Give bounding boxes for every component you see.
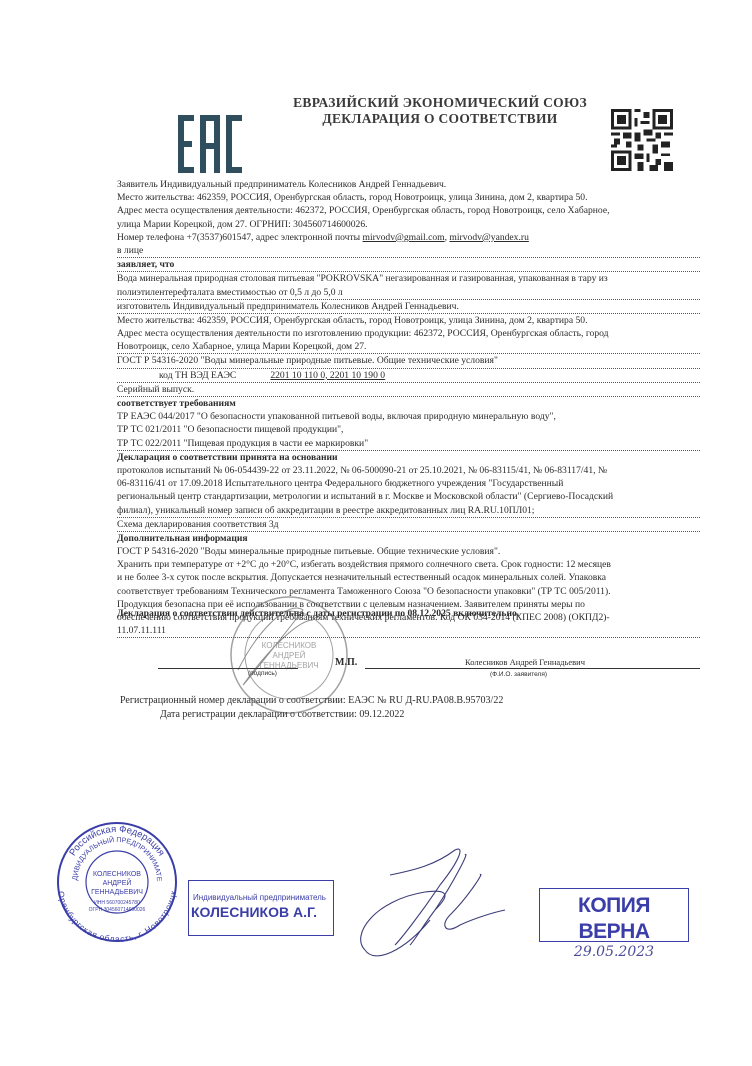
ip-rect-stamp: Индивидуальный предприниматель КОЛЕСНИКО… xyxy=(188,880,334,936)
stamp-rect-line1: Индивидуальный предприниматель xyxy=(193,893,333,902)
faded-seal-icon: КОЛЕСНИКОВ АНДРЕЙ ГЕННАДЬЕВИЧ xyxy=(228,590,350,720)
svg-text:Оренбургская область, г. Новот: Оренбургская область, г. Новотроицк xyxy=(56,890,179,944)
header-union-title: ЕВРАЗИЙСКИЙ ЭКОНОМИЧЕСКИЙ СОЮЗ xyxy=(230,95,650,111)
faded-seal-line3: ГЕННАДЬЕВИЧ xyxy=(259,661,318,670)
seal-ring-bottom: Оренбургская область, г. Новотроицк xyxy=(56,890,179,944)
seal-inn: ИНН 560700245780 xyxy=(94,900,140,906)
applicant-activity-address: Адрес места осуществления деятельности: … xyxy=(117,204,700,217)
requirement-item: ТР ЕАЭС 044/2017 "О безопасности упакова… xyxy=(117,410,700,423)
round-seal-icon: Российская Федерация ИНДИВИДУАЛЬНЫЙ ПРЕД… xyxy=(55,820,179,944)
faded-seal-line2: АНДРЕЙ xyxy=(273,651,306,660)
additional-info-line: 11.07.11.111 xyxy=(117,624,700,638)
requirements-label: соответствует требованиям xyxy=(117,397,700,410)
additional-info-label: Дополнительная информация xyxy=(117,532,700,545)
in-person-label: в лице xyxy=(117,244,700,258)
stamp-rect-line2: КОЛЕСНИКОВ А.Г. xyxy=(191,904,333,920)
manufacturer-residence: Место жительства: 462359, РОССИЯ, Оренбу… xyxy=(117,314,700,327)
declares-label: заявляет, что xyxy=(117,258,700,272)
requirement-item: ТР ТС 021/2011 "О безопасности пищевой п… xyxy=(117,423,700,436)
tnved-value: 2201 10 110 0, 2201 10 190 0 xyxy=(270,370,385,381)
additional-info-line: ГОСТ Р 54316-2020 "Воды минеральные прир… xyxy=(117,545,700,558)
basis-line: региональный центр стандартизации, метро… xyxy=(117,490,700,503)
product-description-cont: полиэтилентерефталата вместимостью от 0,… xyxy=(117,286,700,300)
manufacturer-activity-address-cont: Новотроицк, село Хабарное, улица Марии К… xyxy=(117,340,700,354)
copy-stamp-label: КОПИЯ ВЕРНА xyxy=(540,893,688,945)
applicant-contacts: Номер телефона +7(3537)601547, адрес эле… xyxy=(117,231,700,244)
faded-seal-line1: КОЛЕСНИКОВ xyxy=(262,641,317,650)
applicant-signatory-name: Колесников Андрей Геннадьевич xyxy=(465,657,585,667)
copy-stamp-date: 29.05.2023 xyxy=(540,945,688,959)
additional-info-line: соответствует требованиям Технического р… xyxy=(117,585,700,598)
tnved-label: код ТН ВЭД ЕАЭС xyxy=(159,370,236,381)
seal-center-line1: КОЛЕСНИКОВ xyxy=(93,871,141,878)
basis-line: филиал), уникальный номер записи об аккр… xyxy=(117,504,700,518)
applicant-activity-address-cont: улица Марии Корецкой, дом 27. ОГРНИП: 30… xyxy=(117,218,700,231)
phone-text: Номер телефона +7(3537)601547, адрес эле… xyxy=(117,232,363,243)
name-line xyxy=(365,668,700,669)
manufacturer-name: изготовитель Индивидуальный предпринимат… xyxy=(117,300,700,314)
manufacturer-activity-address: Адрес места осуществления деятельности п… xyxy=(117,327,700,340)
applicant-section: Заявитель Индивидуальный предприниматель… xyxy=(117,178,700,638)
scheme-text: Схема декларирования соответствия 3д xyxy=(117,518,700,532)
email-yandex-link[interactable]: mirvodv@yandex.ru xyxy=(449,232,528,243)
basis-label: Декларация о соответствии принята на осн… xyxy=(117,451,700,464)
header-document-title: ДЕКЛАРАЦИЯ О СООТВЕТСТВИИ xyxy=(230,111,650,127)
tnved-row: код ТН ВЭД ЕАЭС2201 10 110 0, 2201 10 19… xyxy=(117,369,700,383)
basis-line: 06-83116/41 от 17.09.2018 Испытательного… xyxy=(117,477,700,490)
handwritten-signature-icon xyxy=(345,840,515,970)
seal-center-line2: АНДРЕЙ xyxy=(103,878,132,887)
requirement-item: ТР ТС 022/2011 "Пищевая продукция в част… xyxy=(117,437,700,451)
applicant-residence: Место жительства: 462359, РОССИЯ, Оренбу… xyxy=(117,191,700,204)
seal-ogrn: ОГРН 304560714600026 xyxy=(89,907,146,913)
additional-info-line: и не более 3-х суток после вскрытия. Доп… xyxy=(117,571,700,584)
seal-center-line3: ГЕННАДЬЕВИЧ xyxy=(91,889,143,896)
serial-release: Серийный выпуск. xyxy=(117,383,700,397)
email-gmail-link[interactable]: mirvodv@gmail.com xyxy=(363,232,445,243)
additional-info-line: Хранить при температуре от +2°С до +20°С… xyxy=(117,558,700,571)
qr-code-icon[interactable] xyxy=(611,109,673,171)
name-caption: (Ф.И.О. заявителя) xyxy=(490,671,547,678)
copy-certified-stamp: КОПИЯ ВЕРНА 29.05.2023 xyxy=(539,888,689,942)
product-description: Вода минеральная природная столовая пить… xyxy=(117,272,700,285)
applicant-name: Заявитель Индивидуальный предприниматель… xyxy=(117,178,700,191)
gost-standard: ГОСТ Р 54316-2020 "Воды минеральные прир… xyxy=(117,354,700,368)
basis-line: протоколов испытаний № 06-054439-22 от 2… xyxy=(117,464,700,477)
